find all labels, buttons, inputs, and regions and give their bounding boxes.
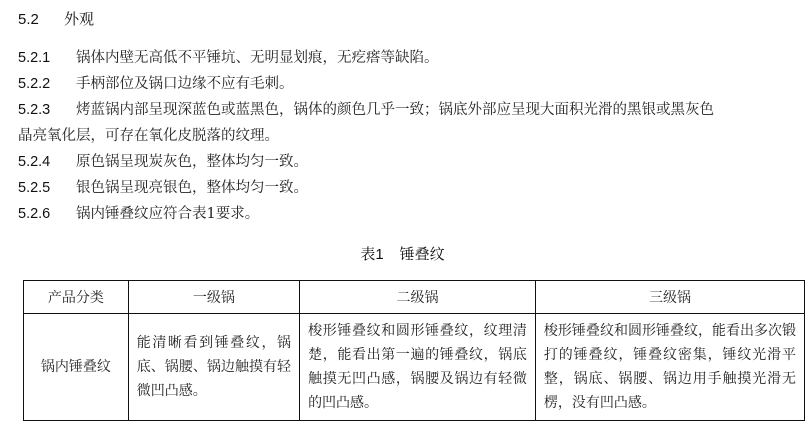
clause-number: 5.2.4 — [18, 150, 76, 175]
header-grade2: 二级锅 — [300, 281, 536, 314]
clause-5-2-2: 5.2.2手柄部位及锅口边缘不应有毛刺。 — [18, 72, 294, 97]
cell-category: 锅内锤叠纹 — [24, 314, 129, 421]
clause-text: 手柄部位及锅口边缘不应有毛刺。 — [76, 76, 294, 92]
clause-5-2-5: 5.2.5银色锅呈现亮银色，整体均匀一致。 — [18, 176, 308, 201]
clause-text: 银色锅呈现亮银色，整体均匀一致。 — [76, 180, 308, 196]
clause-5-2-4: 5.2.4原色锅呈现炭灰色，整体均匀一致。 — [18, 150, 308, 175]
header-grade3: 三级锅 — [535, 281, 804, 314]
hammer-pattern-table: 产品分类 一级锅 二级锅 三级锅 锅内锤叠纹 能清晰看到锤叠纹，锅底、锅腰、锅边… — [23, 280, 805, 421]
cell-grade3: 梭形锤叠纹和圆形锤叠纹，能看出多次锻打的锤叠纹，锤叠纹密集，锤纹光滑平整，锅底、… — [535, 314, 804, 421]
clause-text: 烤蓝锅内部呈现深蓝色或蓝黑色，锅体的颜色几乎一致；锅底外部应呈现大面积光滑的黑银… — [76, 102, 714, 118]
clause-number: 5.2.6 — [18, 202, 76, 227]
clause-5-2-3: 5.2.3烤蓝锅内部呈现深蓝色或蓝黑色，锅体的颜色几乎一致；锅底外部应呈现大面积… — [18, 98, 714, 123]
clause-text: 原色锅呈现炭灰色，整体均匀一致。 — [76, 154, 308, 170]
cell-grade2: 梭形锤叠纹和圆形锤叠纹，纹理清楚，能看出第一遍的锤叠纹，锅底触摸无凹凸感，锅腰及… — [300, 314, 536, 421]
clause-text: 锅内锤叠纹应符合表1要求。 — [76, 206, 259, 222]
clause-5-2-3-continuation: 晶亮氧化层，可存在氧化皮脱落的纹理。 — [18, 124, 279, 149]
clause-number: 5.2.2 — [18, 72, 76, 97]
section-number: 5.2 — [18, 11, 64, 28]
header-grade1: 一级锅 — [128, 281, 299, 314]
clause-5-2-1: 5.2.1锅体内壁无高低不平锤坑、无明显划痕，无疙瘩等缺陷。 — [18, 46, 439, 71]
table-row: 锅内锤叠纹 能清晰看到锤叠纹，锅底、锅腰、锅边触摸有轻微凹凸感。 梭形锤叠纹和圆… — [24, 314, 805, 421]
clause-number: 5.2.5 — [18, 176, 76, 201]
clause-number: 5.2.3 — [18, 98, 76, 123]
clause-number: 5.2.1 — [18, 46, 76, 71]
clause-text: 锅体内壁无高低不平锤坑、无明显划痕，无疙瘩等缺陷。 — [76, 50, 439, 66]
table-header-row: 产品分类 一级锅 二级锅 三级锅 — [24, 281, 805, 314]
table-caption-title: 锤叠纹 — [400, 246, 445, 263]
table-caption-label: 表1 — [360, 246, 383, 263]
cell-grade1: 能清晰看到锤叠纹，锅底、锅腰、锅边触摸有轻微凹凸感。 — [128, 314, 299, 421]
table-caption: 表1锤叠纹 — [0, 243, 805, 264]
section-heading: 5.2外观 — [18, 8, 94, 29]
header-category: 产品分类 — [24, 281, 129, 314]
section-title: 外观 — [64, 11, 94, 28]
clause-5-2-6: 5.2.6锅内锤叠纹应符合表1要求。 — [18, 202, 259, 227]
